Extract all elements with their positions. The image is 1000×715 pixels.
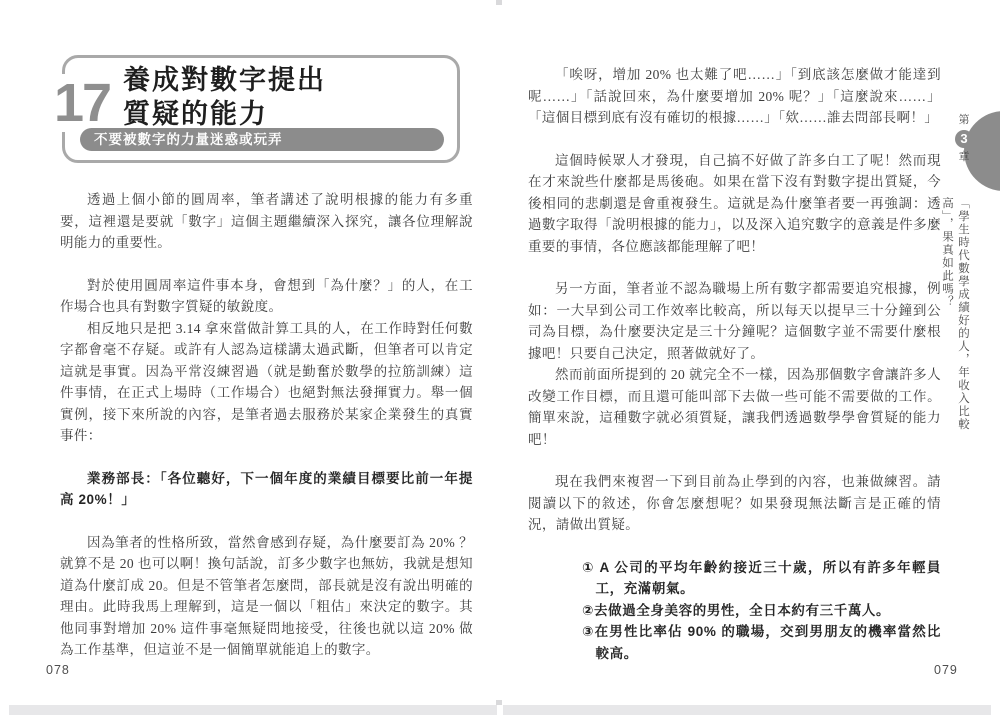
section-title: 養成對數字提出 質疑的能力 <box>123 64 326 132</box>
quote-paragraph: 業務部長：「各位聽好，下一個年度的業績目標要比前一年提高 20%！」 <box>60 468 473 511</box>
body-paragraph: 透過上個小節的圓周率，筆者講述了說明根據的能力有多重要，這裡還是要就「數字」這個… <box>60 189 473 254</box>
body-paragraph: 另一方面，筆者並不認為職場上所有數字都需要追究根據，例如：一大早到公司工作效率比… <box>528 278 941 364</box>
book-spread: { "header": { "number": "17", "title_lin… <box>0 0 1000 715</box>
body-paragraph: 相反地只是把 3.14 拿來當做計算工具的人，在工作時對任何數字都會毫不存疑。或… <box>60 318 473 447</box>
body-paragraph: 現在我們來複習一下到目前為止學到的內容，也兼做練習。請閱讀以下的敘述，你會怎麼想… <box>528 471 941 536</box>
page-edge-bar-right <box>503 705 991 715</box>
body-paragraph: 然而前面所提到的 20 就完全不一樣，因為那個數字會讓許多人改變工作目標，而且還… <box>528 364 941 450</box>
page-number-left: 078 <box>46 663 70 677</box>
chapter-prefix: 第 <box>959 114 970 127</box>
section-title-line2: 質疑的能力 <box>123 98 326 132</box>
chapter-tab: 第 3 章 <box>955 114 973 164</box>
exercise-list: ① A 公司的平均年齡約接近三十歲，所以有許多年輕員工，充滿朝氣。 ②去做過全身… <box>582 557 941 665</box>
section-subtitle-pill: 不要被數字的力量迷惑或玩弄 <box>80 128 444 151</box>
gutter-tick-top <box>496 0 502 5</box>
body-paragraph: 「唉呀，增加 20% 也太難了吧……」「到底該怎麼做才能達到呢……」「話說回來，… <box>528 64 941 129</box>
chapter-suffix: 章 <box>959 151 970 164</box>
chapter-number-badge: 3 <box>955 130 973 148</box>
right-page-column: 「唉呀，增加 20% 也太難了吧……」「到底該怎麼做才能達到呢……」「話說回來，… <box>528 64 941 664</box>
exercise-item: ②去做過全身美容的男性，全日本約有三千萬人。 <box>582 600 941 622</box>
page-number-right: 079 <box>934 663 958 677</box>
section-title-line1: 養成對數字提出 <box>123 64 326 98</box>
left-page-column: 透過上個小節的圓周率，筆者講述了說明根據的能力有多重要，這裡還是要就「數字」這個… <box>60 189 473 661</box>
exercise-item: ③在男性比率佔 90% 的職場，交到男朋友的機率當然比較高。 <box>582 621 941 664</box>
vertical-chapter-title: 「學生時代數學成績好的人，年收入比較高」，果真如此嗎？ <box>939 197 971 447</box>
exercise-item: ① A 公司的平均年齡約接近三十歲，所以有許多年輕員工，充滿朝氣。 <box>582 557 941 600</box>
body-paragraph: 對於使用圓周率這件事本身，會想到「為什麼？」的人，在工作場合也具有對數字質疑的敏… <box>60 275 473 318</box>
body-paragraph: 因為筆者的性格所致，當然會感到存疑，為什麼要訂為 20% ？就算不是 20 也可… <box>60 532 473 661</box>
section-header-box: 17 養成對數字提出 質疑的能力 不要被數字的力量迷惑或玩弄 <box>62 55 460 163</box>
body-paragraph: 這個時候眾人才發現，自己搞不好做了許多白工了呢！然而現在才來說些什麼都是馬後砲。… <box>528 150 941 258</box>
section-number: 17 <box>51 74 113 132</box>
page-edge-bar-left <box>9 705 497 715</box>
